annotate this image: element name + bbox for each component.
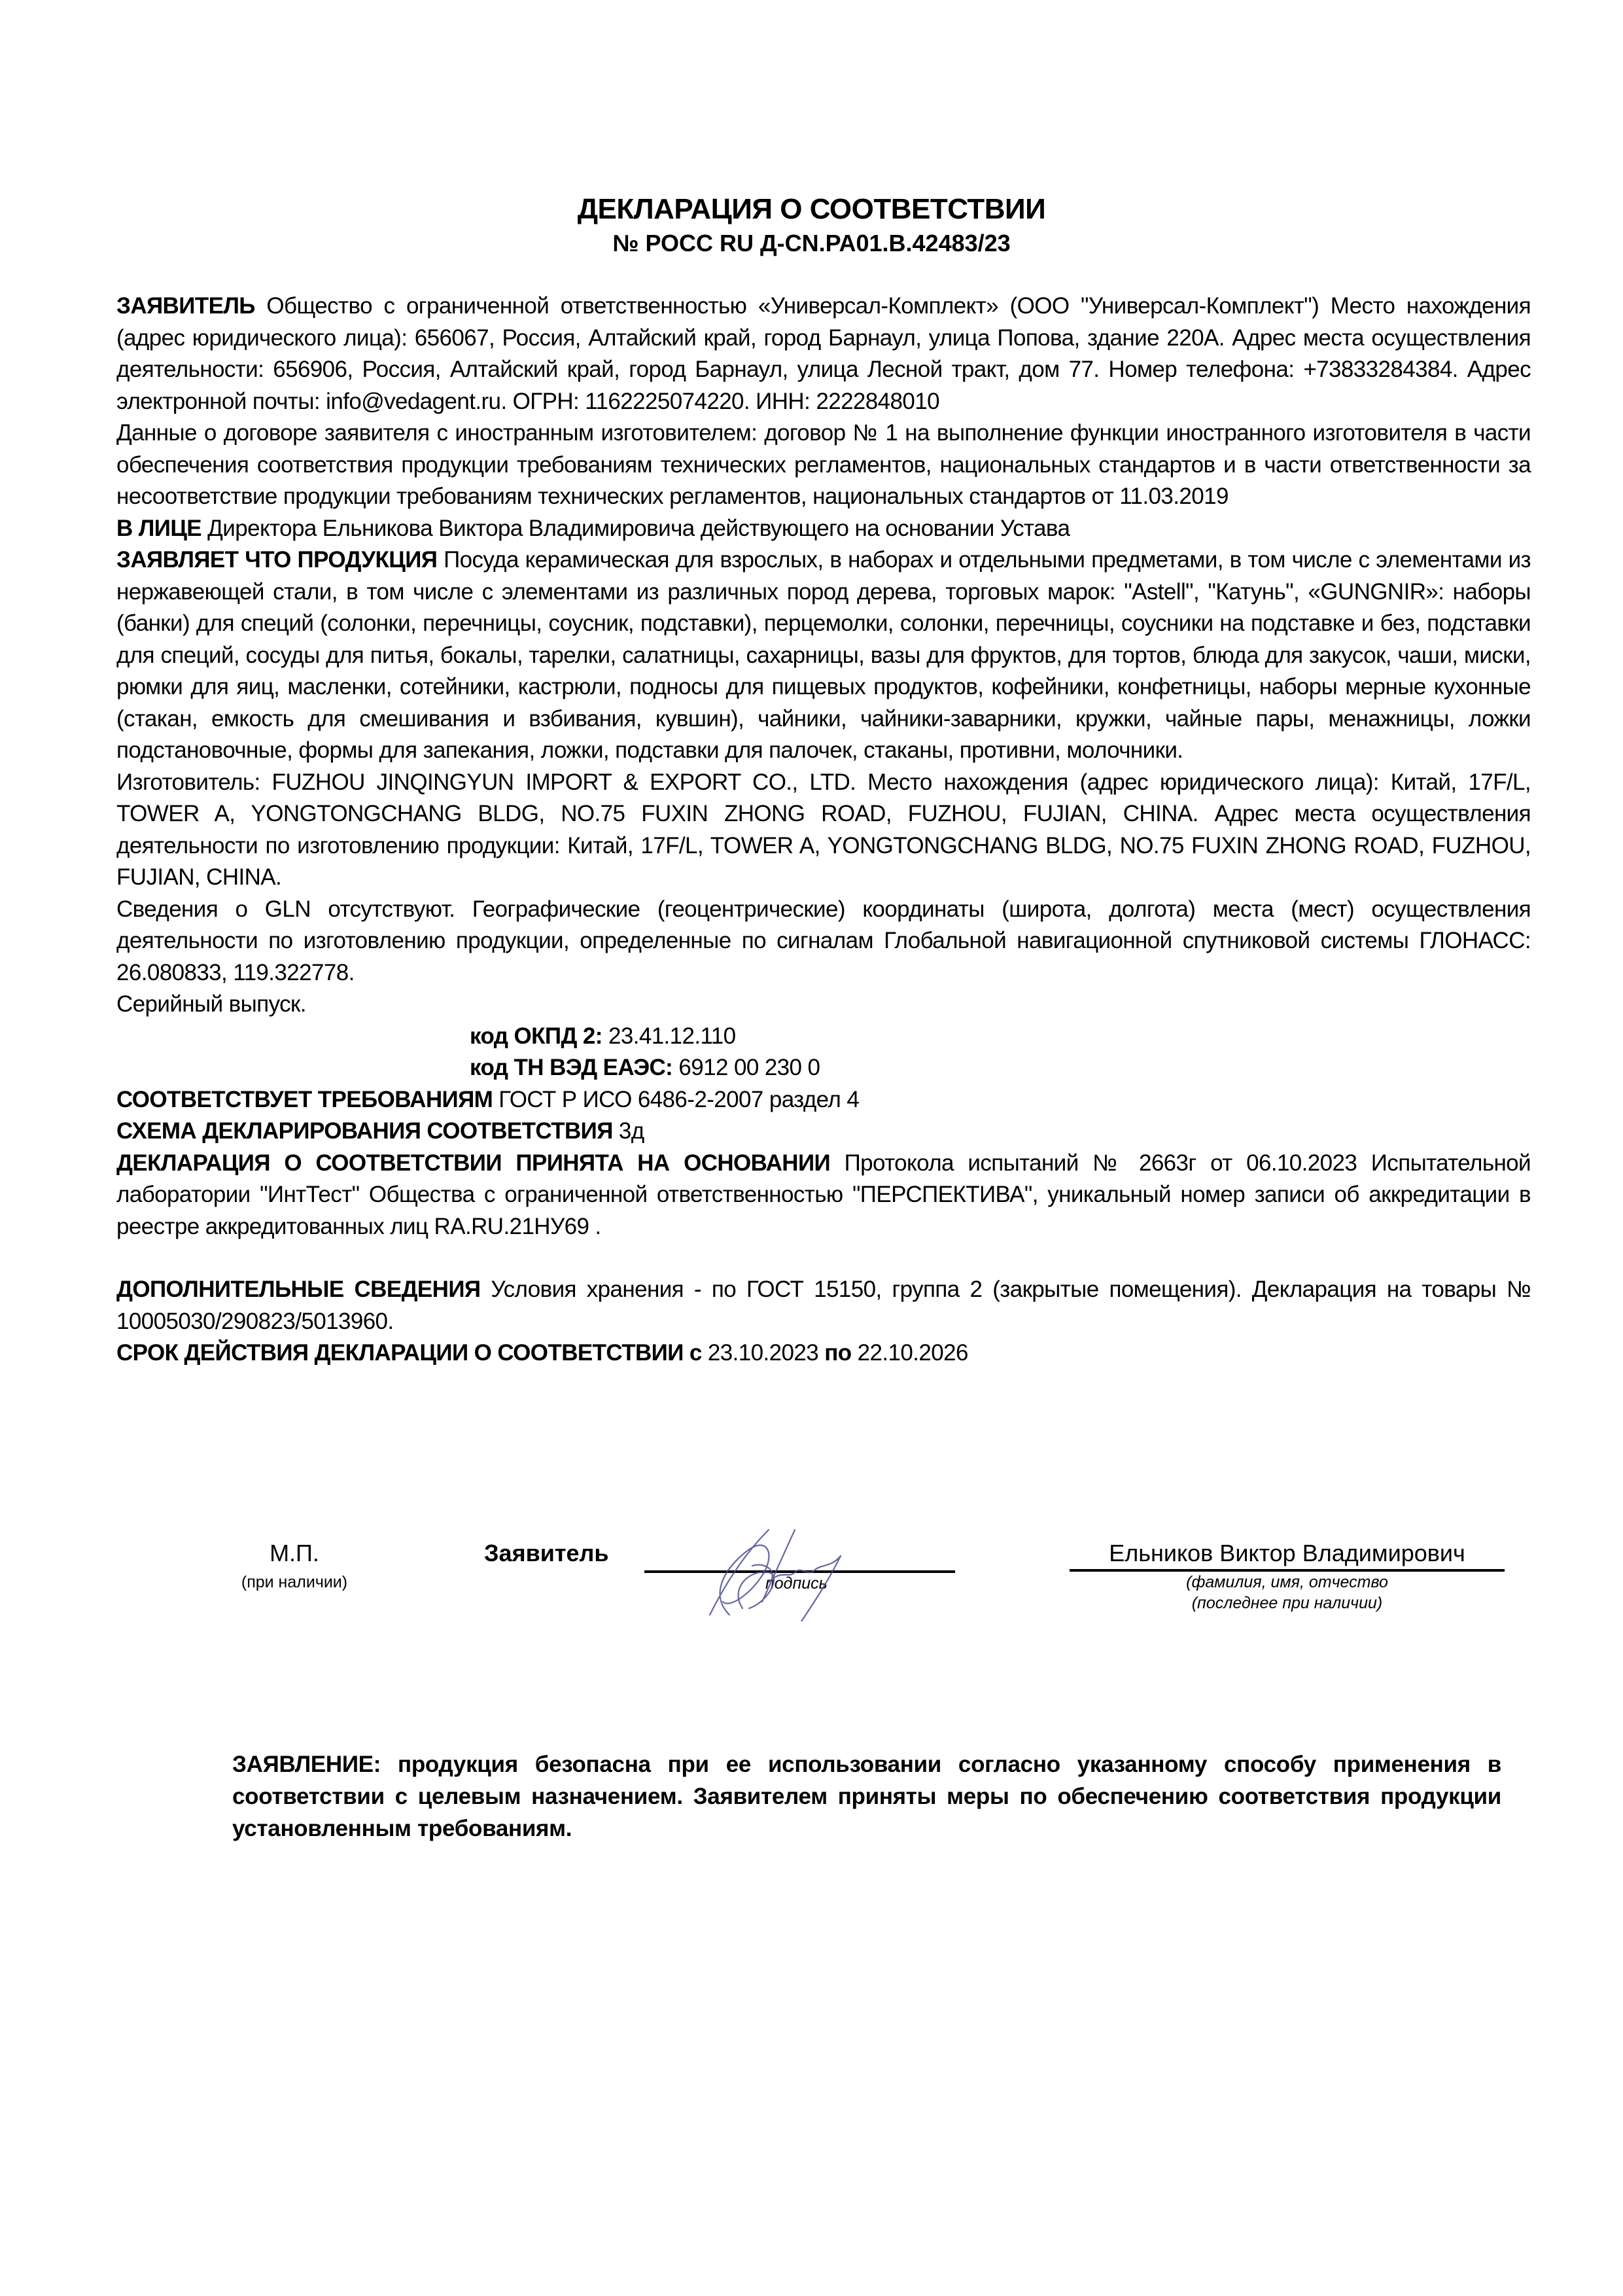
full-name-block: Ельников Виктор Владимирович (фамилия, и… (1070, 1538, 1505, 1614)
validity-to-date: 22.10.2026 (852, 1340, 968, 1366)
represented-by-label: В ЛИЦЕ (116, 516, 201, 541)
safety-statement: ЗАЯВЛЕНИЕ: продукция безопасна при ее ис… (232, 1748, 1501, 1845)
validity-section: СРОК ДЕЙСТВИЯ ДЕКЛАРАЦИИ О СООТВЕТСТВИИ … (116, 1337, 1531, 1369)
okpd-label: код ОКПД 2: (470, 1023, 602, 1049)
stamp-note: (при наличии) (222, 1569, 366, 1595)
name-note-2: (последнее при наличии) (1070, 1593, 1505, 1614)
validity-label: СРОК ДЕЙСТВИЯ ДЕКЛАРАЦИИ О СООТВЕТСТВИИ (116, 1340, 684, 1366)
manufacturer-info: Изготовитель: FUZHOU JINQINGYUN IMPORT &… (116, 767, 1531, 894)
conformity-label: СООТВЕТСТВУЕТ ТРЕБОВАНИЯМ (116, 1087, 493, 1112)
represented-by-section: В ЛИЦЕ Директора Ельникова Виктора Влади… (116, 513, 1531, 545)
product-text: Посуда керамическая для взрослых, в набо… (116, 547, 1531, 763)
tnved-value: 6912 00 230 0 (672, 1055, 820, 1080)
okpd-value: 23.41.12.110 (602, 1023, 736, 1049)
gln-info: Сведения о GLN отсутствуют. Географическ… (116, 894, 1531, 989)
additional-section: ДОПОЛНИТЕЛЬНЫЕ СВЕДЕНИЯ Условия хранения… (116, 1274, 1531, 1337)
applicant-signature-label: Заявитель (484, 1538, 609, 1569)
scheme-label: СХЕМА ДЕКЛАРИРОВАНИЯ СООТВЕТСТВИЯ (116, 1118, 613, 1144)
product-label: ЗАЯВЛЯЕТ ЧТО ПРОДУКЦИЯ (116, 547, 437, 573)
handwritten-signature-icon (684, 1517, 880, 1621)
basis-section: ДЕКЛАРАЦИЯ О СООТВЕТСТВИИ ПРИНЯТА НА ОСН… (116, 1148, 1531, 1243)
okpd-code: код ОКПД 2: 23.41.12.110 (116, 1021, 1531, 1053)
release-type: Серийный выпуск. (116, 989, 1531, 1021)
conformity-text: ГОСТ Р ИСО 6486-2-2007 раздел 4 (493, 1087, 859, 1112)
tnved-label: код ТН ВЭД ЕАЭС: (470, 1055, 672, 1080)
stamp-placeholder: М.П. (при наличии) (222, 1538, 366, 1595)
applicant-label: ЗАЯВИТЕЛЬ (116, 293, 255, 319)
declaration-body: ЗАЯВИТЕЛЬ Общество с ограниченной ответс… (116, 291, 1531, 1369)
validity-to-label: по (824, 1340, 851, 1366)
conformity-section: СООТВЕТСТВУЕТ ТРЕБОВАНИЯМ ГОСТ Р ИСО 648… (116, 1084, 1531, 1116)
tnved-code: код ТН ВЭД ЕАЭС: 6912 00 230 0 (116, 1052, 1531, 1084)
declaration-page: ДЕКЛАРАЦИЯ О СООТВЕТСТВИИ № РОСС RU Д-CN… (0, 0, 1623, 2296)
name-note-1: (фамилия, имя, отчество (1070, 1572, 1505, 1593)
title-block: ДЕКЛАРАЦИЯ О СООТВЕТСТВИИ № РОСС RU Д-CN… (0, 191, 1623, 259)
validity-from-label: с (684, 1340, 702, 1366)
applicant-section: ЗАЯВИТЕЛЬ Общество с ограниченной ответс… (116, 291, 1531, 417)
document-number: № РОСС RU Д-CN.РА01.В.42483/23 (0, 228, 1623, 259)
spacer (116, 1243, 1531, 1274)
contract-info: Данные о договоре заявителя с иностранны… (116, 417, 1531, 513)
scheme-section: СХЕМА ДЕКЛАРИРОВАНИЯ СООТВЕТСТВИЯ 3д (116, 1116, 1531, 1148)
stamp-label: М.П. (222, 1538, 366, 1569)
represented-by-text: Директора Ельникова Виктора Владимирович… (201, 516, 1070, 541)
product-section: ЗАЯВЛЯЕТ ЧТО ПРОДУКЦИЯ Посуда керамическ… (116, 544, 1531, 767)
scheme-text: 3д (613, 1118, 644, 1144)
document-title: ДЕКЛАРАЦИЯ О СООТВЕТСТВИИ (0, 191, 1623, 228)
applicant-text: Общество с ограниченной ответственностью… (116, 293, 1531, 414)
signer-full-name: Ельников Виктор Владимирович (1070, 1538, 1505, 1572)
validity-from-date: 23.10.2023 (702, 1340, 824, 1366)
basis-label: ДЕКЛАРАЦИЯ О СООТВЕТСТВИИ ПРИНЯТА НА ОСН… (116, 1150, 830, 1176)
additional-label: ДОПОЛНИТЕЛЬНЫЕ СВЕДЕНИЯ (116, 1277, 480, 1302)
